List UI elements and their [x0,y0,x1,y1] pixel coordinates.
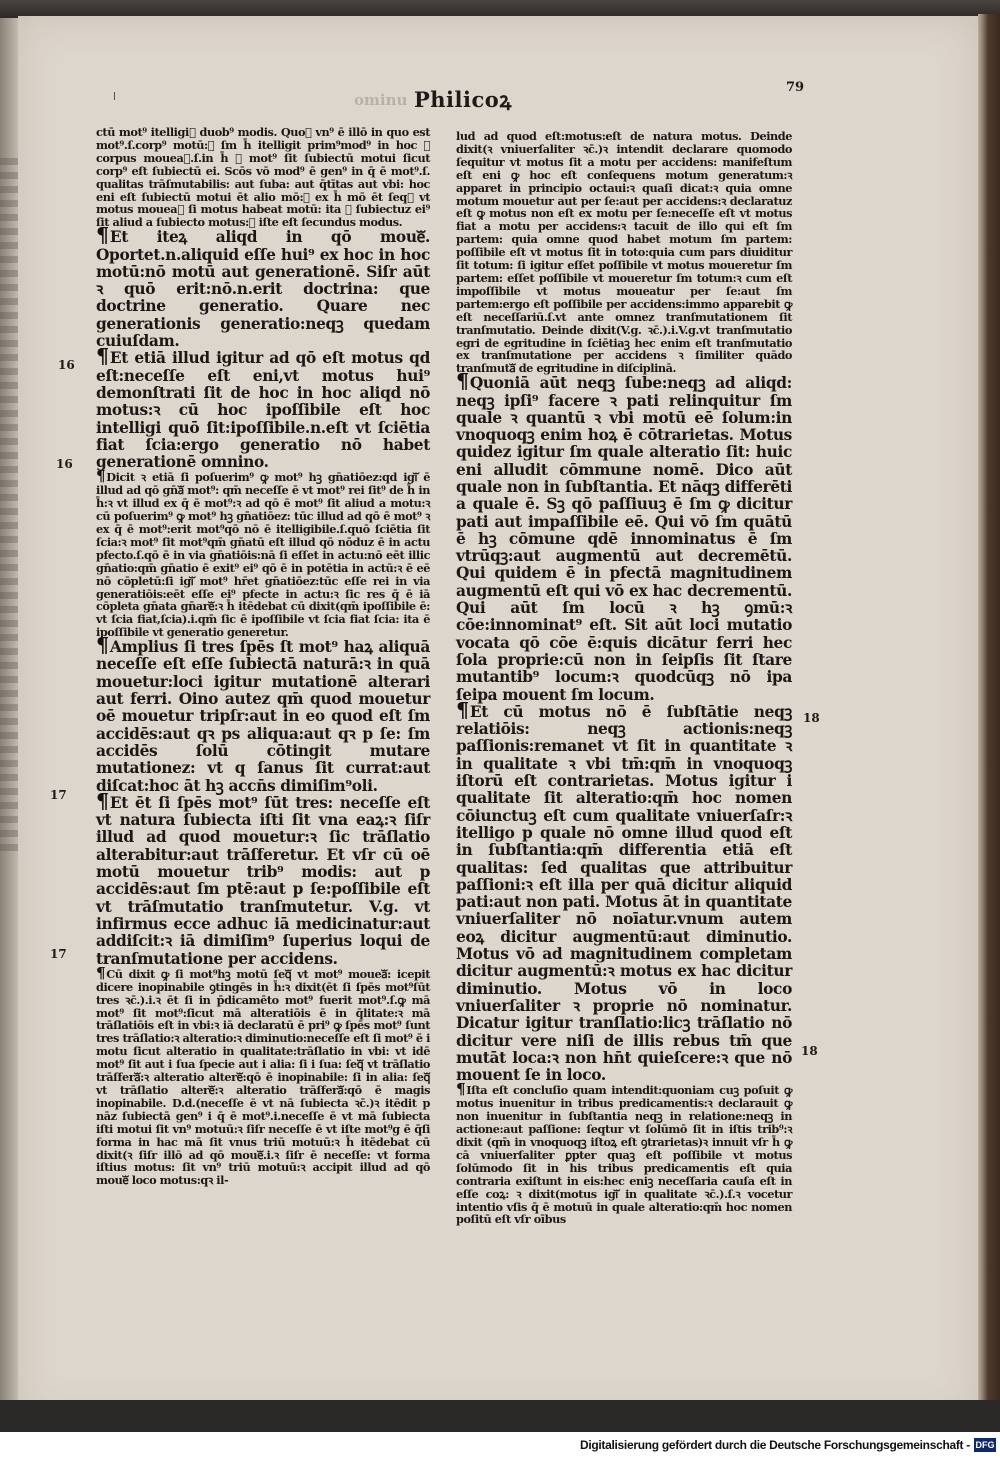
credit-text: Digitalisierung gefördert durch die Deut… [580,1438,970,1452]
paragraph-mark-icon: ¶ [96,343,109,368]
facing-page-text [0,158,18,858]
text-paragraph: ¶Et cū motus nō ē ſubſtātie neqꝫ relatiō… [456,704,792,1085]
margin-number: 16 [56,457,73,471]
margin-number: 16 [58,358,75,372]
commentary-paragraph: ¶Iſta eſt concluſio quam intendit:quonia… [456,1084,792,1226]
commentary-paragraph: lud ad quod eſt:motus:eſt de natura motu… [456,130,792,375]
text-column-left: ctū mot⁹ itelligiᷓ duob⁹ modis. Quoꝝ vn⁹… [96,126,430,1187]
facing-page-edge [0,18,20,1413]
text-paragraph: ¶Et etiā illud igitur ad qō eſt motus qd… [96,350,430,471]
margin-tick-mark [114,92,115,100]
commentary-paragraph: ctū mot⁹ itelligiᷓ duob⁹ modis. Quoꝝ vn⁹… [96,126,430,229]
commentary-paragraph: ¶Cū dixit ꝙ ſi mot⁹hꝫ motū ſeqᷓ vt mot⁹ … [96,968,430,1187]
paragraph-text: Cū dixit ꝙ ſi mot⁹hꝫ motū ſeqᷓ vt mot⁹ m… [96,967,430,1188]
margin-number: 18 [801,1044,818,1058]
paragraph-text: Et iteꝝ aliqd in qō moueᷓ. Oportet.n.ali… [96,228,430,350]
margin-number: 17 [50,947,67,961]
commentary-paragraph: ¶Dicit ꝛ etiā ſi poſuerim⁹ ꝙ mot⁹ hꝫ gn̄… [96,471,430,639]
folio-number: 79 [786,80,804,95]
paragraph-text: Et cū motus nō ē ſubſtātie neqꝫ relatiōi… [456,703,792,1084]
paragraph-text: Et ēt ſi ſpēs mot⁹ ſūt tres: neceſſe eſt… [96,794,430,968]
paragraph-text: Iſta eſt concluſio quam intendit:quoniam… [456,1083,792,1226]
dfg-logo-icon: DFG [974,1438,996,1452]
digitization-credit: Digitalisierung gefördert durch die Deut… [580,1435,1000,1455]
bottom-shadow [0,1400,1000,1432]
paragraph-mark-icon: ¶ [96,632,109,657]
paragraph-text: Dicit ꝛ etiā ſi poſuerim⁹ ꝙ mot⁹ hꝫ gn̄a… [96,470,430,639]
running-title: Philicoꝝ [414,86,512,114]
margin-number: 17 [50,788,67,802]
text-paragraph: ¶Amplius ſi tres ſpēs ſt mot⁹ haꝝ aliquā… [96,639,430,795]
paragraph-text: Quoniā aūt neqꝫ ſube:neqꝫ ad aliqd: neqꝫ… [456,374,792,703]
paragraph-mark-icon: ¶ [96,788,109,813]
book-binding-edge [978,14,1000,1414]
paragraph-text: Et etiā illud igitur ad qō eſt motus qd … [96,349,430,471]
paragraph-mark-icon: ¶ [456,368,469,393]
text-column-right: lud ad quod eſt:motus:eſt de natura motu… [456,130,792,1226]
paragraph-mark-icon: ¶ [456,697,469,722]
scanned-page-image: ominu Philicoꝝ 79 16 16 17 17 18 18 ctū … [0,0,1000,1432]
paragraph-text: Amplius ſi tres ſpēs ſt mot⁹ haꝝ aliquā … [96,638,430,794]
margin-number: 18 [803,711,820,725]
text-paragraph: ¶Quoniā aūt neqꝫ ſube:neqꝫ ad aliqd: neq… [456,375,792,704]
paragraph-mark-icon: ¶ [96,222,109,247]
text-paragraph: ¶Et ēt ſi ſpēs mot⁹ ſūt tres: neceſſe eſ… [96,795,430,968]
show-through-text: ominu [354,91,407,109]
text-paragraph: ¶Et iteꝝ aliqd in qō moueᷓ. Oportet.n.al… [96,229,430,350]
